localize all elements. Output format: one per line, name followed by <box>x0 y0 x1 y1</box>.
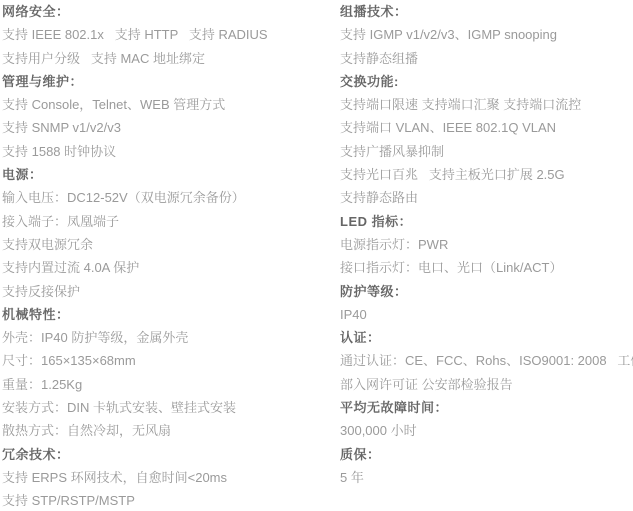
section-title: 交换功能: <box>340 70 632 93</box>
spec-column-left: 网络安全：支持 IEEE 802.1x 支持 HTTP 支持 RADIUS支持用… <box>2 0 336 511</box>
spec-line: 部入网许可证 公安部检验报告 <box>340 373 632 396</box>
spec-line: 支持 IEEE 802.1x 支持 HTTP 支持 RADIUS <box>2 23 336 46</box>
spec-line: 外壳：IP40 防护等级，金属外壳 <box>2 326 336 349</box>
spec-sheet: 网络安全：支持 IEEE 802.1x 支持 HTTP 支持 RADIUS支持用… <box>0 0 633 511</box>
spec-line: 支持广播风暴抑制 <box>340 140 632 163</box>
spec-line: 支持静态路由 <box>340 186 632 209</box>
spec-line: 尺寸：165×135×68mm <box>2 349 336 372</box>
spec-line: 支持 ERPS 环网技术，自愈时间<20ms <box>2 466 336 489</box>
section-title: 防护等级： <box>340 280 632 303</box>
spec-line: 5 年 <box>340 466 632 489</box>
section-title: 认证： <box>340 326 632 349</box>
spec-line: 接口指示灯：电口、光口（Link/ACT） <box>340 256 632 279</box>
spec-line: 支持 1588 时钟协议 <box>2 140 336 163</box>
spec-line: 300,000 小时 <box>340 419 632 442</box>
spec-line: 安装方式：DIN 卡轨式安装、壁挂式安装 <box>2 396 336 419</box>
spec-line: 支持 SNMP v1/v2/v3 <box>2 116 336 139</box>
section-title: 网络安全： <box>2 0 336 23</box>
section-title: 电源： <box>2 163 336 186</box>
section-title: LED 指标： <box>340 210 632 233</box>
spec-line: 支持光口百兆 支持主板光口扩展 2.5G <box>340 163 632 186</box>
spec-line: 通过认证：CE、FCC、Rohs、ISO9001: 2008 工信 <box>340 349 632 372</box>
spec-line: IP40 <box>340 303 632 326</box>
section-title: 冗余技术： <box>2 443 336 466</box>
spec-column-right: 组播技术：支持 IGMP v1/v2/v3、IGMP snooping支持静态组… <box>340 0 632 489</box>
spec-line: 支持静态组播 <box>340 47 632 70</box>
spec-line: 电源指示灯：PWR <box>340 233 632 256</box>
spec-line: 散热方式：自然冷却，无风扇 <box>2 419 336 442</box>
section-title: 组播技术： <box>340 0 632 23</box>
spec-line: 输入电压：DC12-52V（双电源冗余备份） <box>2 186 336 209</box>
section-title: 管理与维护： <box>2 70 336 93</box>
spec-line: 重量：1.25Kg <box>2 373 336 396</box>
spec-line: 支持内置过流 4.0A 保护 <box>2 256 336 279</box>
spec-line: 支持端口限速 支持端口汇聚 支持端口流控 <box>340 93 632 116</box>
spec-line: 支持反接保护 <box>2 280 336 303</box>
spec-line: 接入端子：凤凰端子 <box>2 210 336 233</box>
section-title: 平均无故障时间： <box>340 396 632 419</box>
spec-line: 支持双电源冗余 <box>2 233 336 256</box>
spec-line: 支持用户分级 支持 MAC 地址绑定 <box>2 47 336 70</box>
section-title: 质保： <box>340 443 632 466</box>
spec-line: 支持端口 VLAN、IEEE 802.1Q VLAN <box>340 116 632 139</box>
spec-line: 支持 IGMP v1/v2/v3、IGMP snooping <box>340 23 632 46</box>
spec-line: 支持 STP/RSTP/MSTP <box>2 489 336 511</box>
section-title: 机械特性： <box>2 303 336 326</box>
spec-line: 支持 Console，Telnet、WEB 管理方式 <box>2 93 336 116</box>
